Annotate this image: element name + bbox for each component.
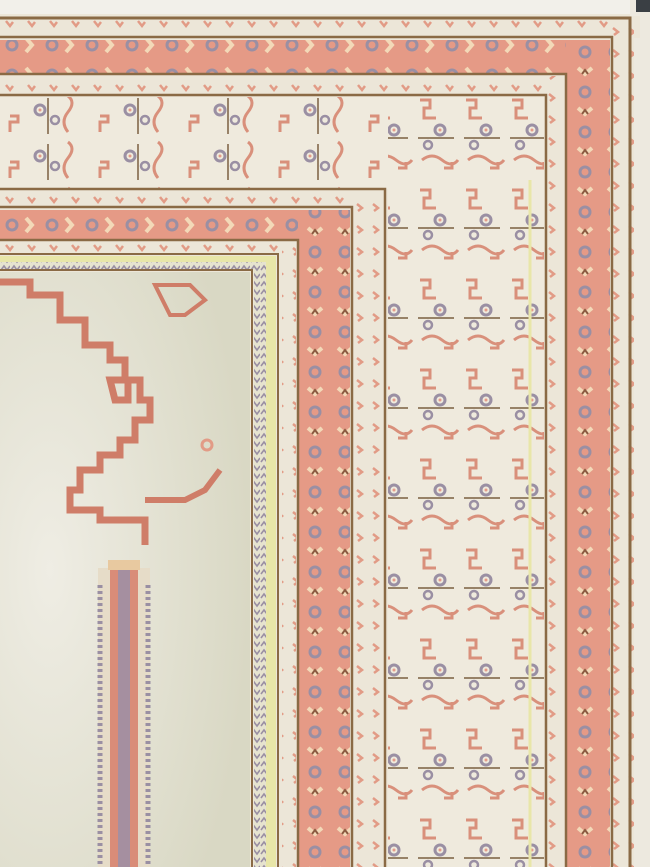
rug-photo [0, 0, 650, 867]
